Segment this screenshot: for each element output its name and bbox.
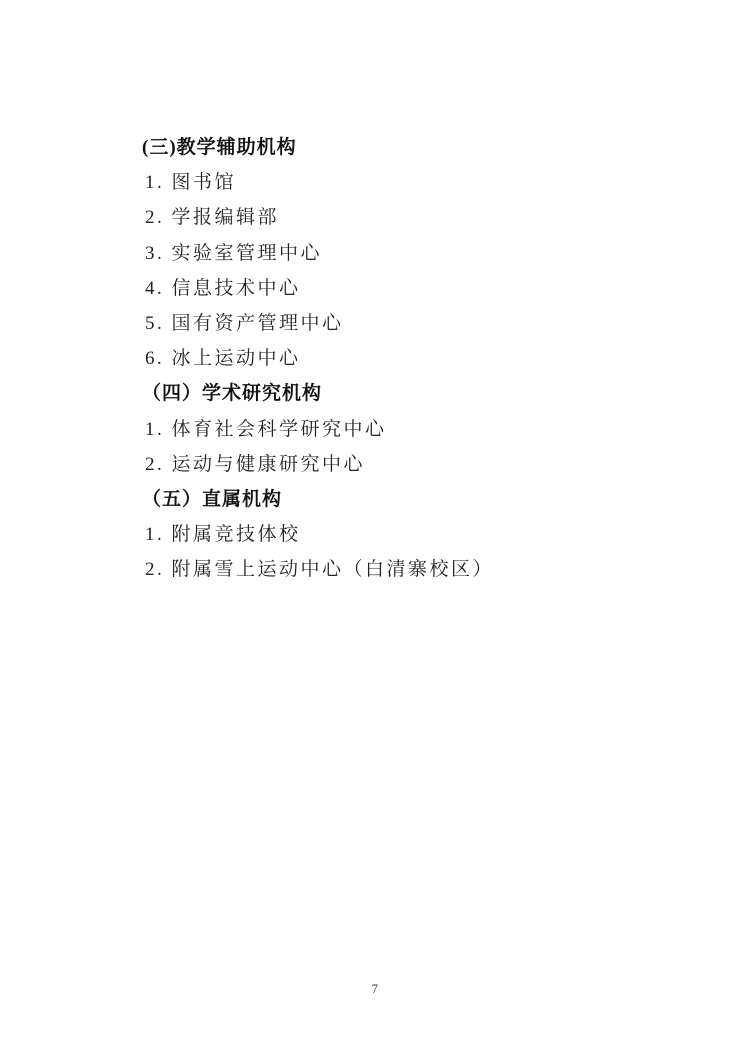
list-item: 1. 图书馆 [142,163,612,198]
list-item: 2. 附属雪上运动中心（白清寨校区） [142,550,612,585]
section-directly-affiliated-orgs: （五）直属机构 1. 附属竞技体校 2. 附属雪上运动中心（白清寨校区） [142,480,612,586]
document-body: (三)教学辅助机构 1. 图书馆 2. 学报编辑部 3. 实验室管理中心 4. … [142,128,612,585]
list-item: 5. 国有资产管理中心 [142,304,612,339]
list-item: 3. 实验室管理中心 [142,234,612,269]
section-heading: (三)教学辅助机构 [142,128,612,163]
list-item: 1. 附属竞技体校 [142,515,612,550]
list-item: 4. 信息技术中心 [142,269,612,304]
section-academic-research-orgs: （四）学术研究机构 1. 体育社会科学研究中心 2. 运动与健康研究中心 [142,374,612,480]
section-heading: （四）学术研究机构 [142,374,612,409]
section-teaching-support-orgs: (三)教学辅助机构 1. 图书馆 2. 学报编辑部 3. 实验室管理中心 4. … [142,128,612,374]
list-item: 6. 冰上运动中心 [142,339,612,374]
page-number: 7 [0,981,750,997]
section-heading: （五）直属机构 [142,480,612,515]
list-item: 2. 运动与健康研究中心 [142,445,612,480]
list-item: 1. 体育社会科学研究中心 [142,410,612,445]
list-item: 2. 学报编辑部 [142,198,612,233]
document-page: (三)教学辅助机构 1. 图书馆 2. 学报编辑部 3. 实验室管理中心 4. … [0,0,750,1061]
